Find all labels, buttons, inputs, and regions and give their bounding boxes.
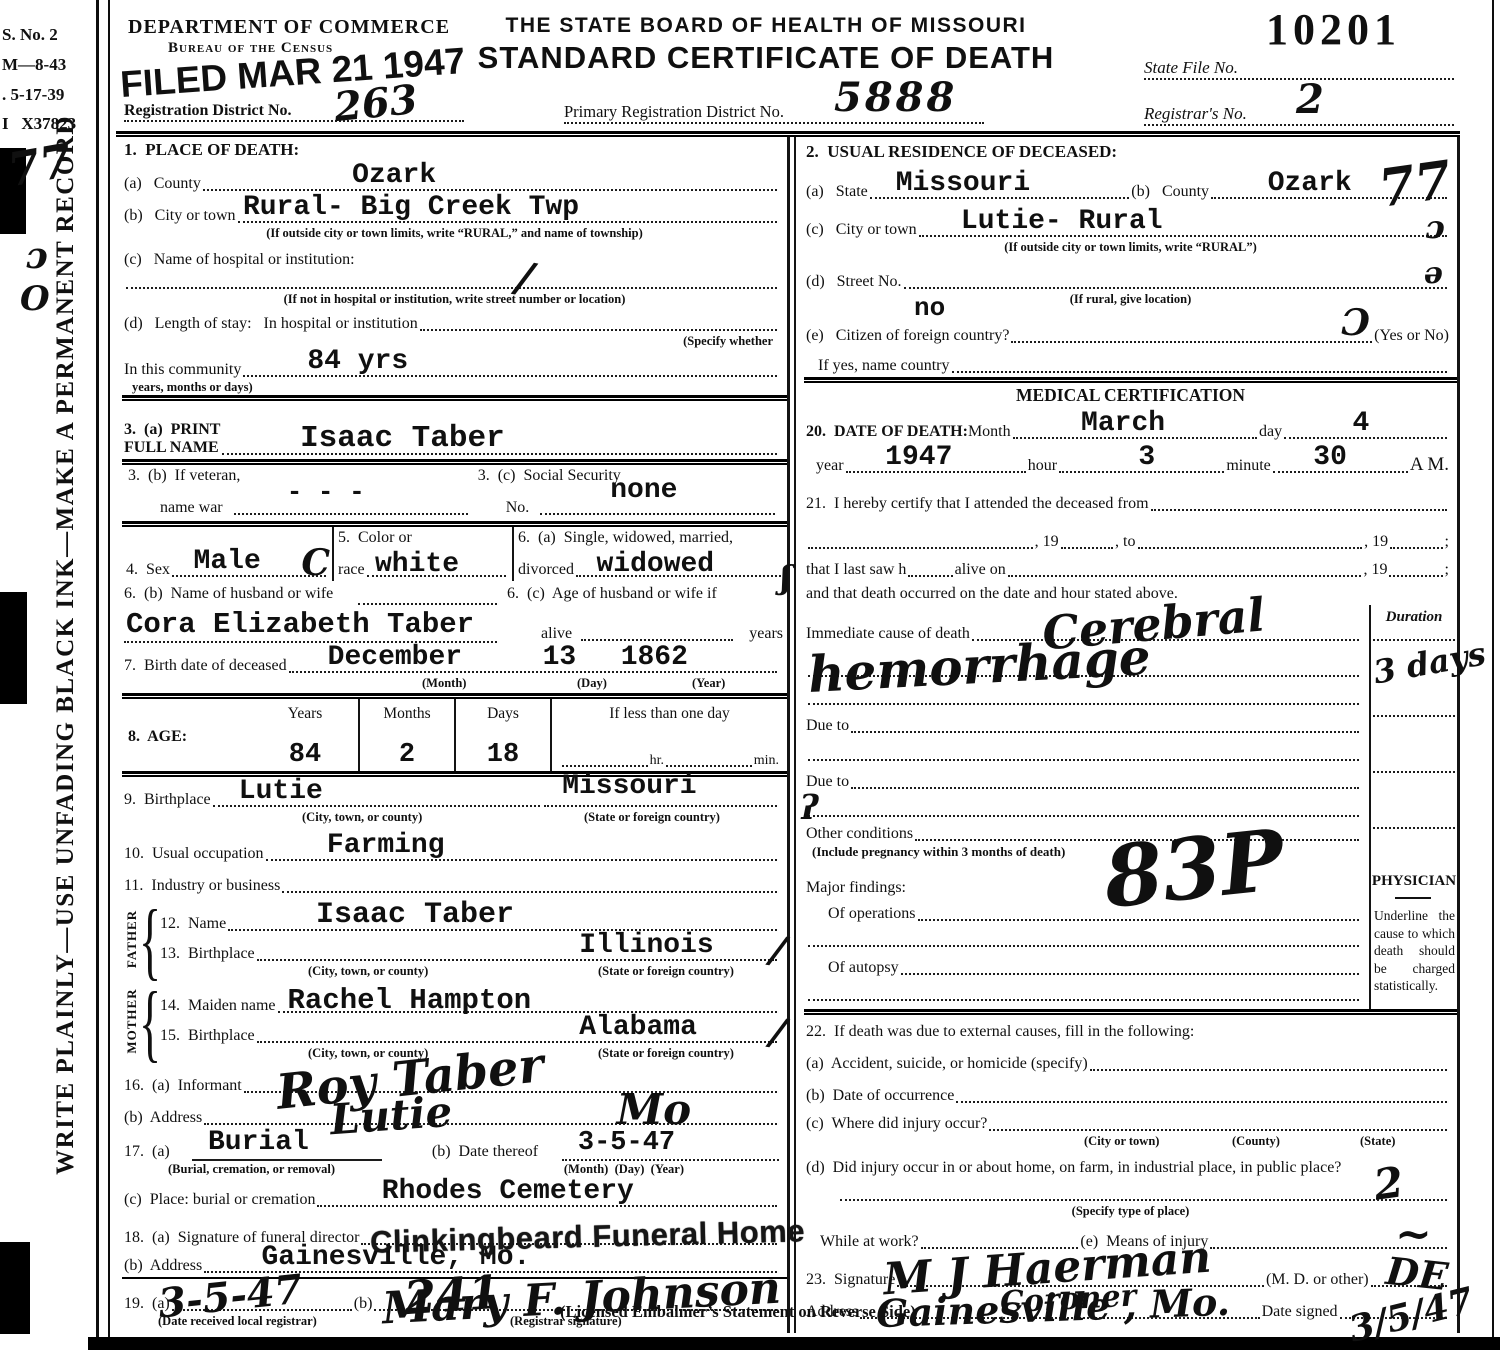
occurrence-date-label: (b) Date of occurrence [806,1087,954,1105]
sex-label: 4. Sex [126,561,170,579]
father-birthplace-mark: ∕ [768,930,788,970]
race-value: white [375,551,459,579]
occupation-line: Farming [266,827,777,863]
marital-line: widowed ʃ [576,557,781,579]
marital-handwritten-mark: ʃ [780,561,791,593]
birthplace-state-value: Missouri [562,773,696,801]
cause-line2: hemorrhage [808,645,1359,679]
section-external-causes: 22. If death was due to external causes,… [804,1015,1457,1253]
due-to-1-line2 [808,737,1359,763]
race-line: white [367,557,506,579]
age-days-cell: Days 18 [456,699,552,771]
spouse-age-years-note: years [749,625,783,643]
burial-date-line [562,1159,779,1161]
street-no-line: ə [904,259,1447,291]
column-right: 2. USUAL RESIDENCE OF DECEASED: (a) Stat… [794,137,1460,1333]
birthplace-notes: (City, town, or county) (State or foreig… [122,811,787,827]
duration-header: Duration [1371,609,1457,626]
name-war-label: name war [160,499,223,517]
other-conditions-label: Other conditions [806,825,913,843]
ssn-label: 3. (c) Social Security [478,467,621,485]
birthplace-value: Lutie [239,778,323,806]
mother-name-label: 14. Maiden name [160,997,276,1015]
am-pm-label: A M. [1410,454,1449,475]
marital-label-top: 6. (a) Single, widowed, married, [518,529,733,547]
residence-city-value: Lutie- Rural [961,208,1163,236]
age-label: 8. AGE: [128,728,250,746]
father-birthplace-notes: (City, town, or county) (State or foreig… [158,965,787,981]
scan-artifact-block [0,1242,30,1334]
month-note: (Month) [422,677,466,691]
death-hour-line: 3 [1059,443,1224,475]
due-to-1-row: Due to [804,709,1369,737]
father-birthplace-line: Illinois ∕ [257,935,777,963]
margin-handwritten-mark: ɔ [26,238,48,274]
citizen-value: no [914,295,945,321]
death-year-value: 1947 [885,444,952,472]
form-code-line: . 5-17-39 [2,80,76,110]
father-rows: 12. Name Isaac Taber 13. Birthplace Illi… [158,897,787,981]
injury-where-line [989,1107,1447,1133]
injury-place-note: (Specify type of place) [804,1205,1457,1223]
age-label-cell: 8. AGE: [122,699,252,771]
full-name-label: FULL NAME [124,439,220,457]
burial-date-label: (b) Date thereof [432,1143,538,1161]
scan-edge-rule [1492,0,1494,1350]
autopsy-line2-row [804,979,1369,1005]
residence-county-mark: 77 [1375,154,1454,216]
community-line: 84 yrs [243,351,777,379]
full-name-value: Isaac Taber [300,423,505,454]
injury-state-note: (State) [1360,1135,1395,1149]
residence-city-mark: ɔ [1426,211,1445,243]
father-name-line: Isaac Taber [228,897,777,933]
residence-county-label: (b) County [1131,183,1209,201]
burial-date-cell: (b) Date thereof 3-5-47 (Month) (Day) (Y… [428,1129,787,1177]
margin-rule [108,0,110,1350]
major-findings-label: Major findings: [806,879,906,897]
burial-line [192,1159,382,1161]
operations-line2-row [804,925,1369,951]
margin-handwritten-mark: O [20,282,50,316]
alive-on-text: alive on [955,561,1006,579]
scan-artifact-block [0,592,27,704]
community-note: years, months or days) [122,381,787,395]
burial-date-note: (Month) (Day) (Year) [564,1163,684,1177]
burial-date-value: 3-5-47 [578,1130,675,1157]
sidebar-line [1373,827,1455,829]
death-minute-value: 30 [1313,444,1347,472]
father-bp-note2: (State or foreign country) [598,965,734,979]
scan-bottom-bar [88,1337,1500,1350]
death-minute-line: 30 [1273,443,1408,475]
year-label: year [806,457,844,475]
section-funeral-director: 18. (a) Signature of funeral director Cl… [122,1211,787,1249]
death-certificate-scan: S. No. 2 M—8-43 . 5-17-39 I X37823 77 ɔ … [0,0,1500,1350]
section-father-birthplace: 13. Birthplace Illinois ∕ [158,935,787,965]
burial-place-value: Rhodes Cemetery [382,1178,634,1206]
last-saw-d1 [908,553,952,579]
birth-year-value: 1862 [621,644,688,672]
date-signed-line: 3/5/47 [1340,1291,1447,1321]
marital-label: divorced [518,561,574,579]
section-spouse: 6. (b) Name of husband or wife Cora Eliz… [122,581,787,647]
sidebar-line [1373,771,1455,773]
specify-whether-note: (Specify whether [122,335,787,351]
hospital-note: (If not in hospital or institution, writ… [122,293,787,309]
spouse-age-line [581,639,733,641]
physician-rule [1395,897,1431,899]
death-year-line: 1947 [846,443,1026,475]
due-to-1-label: Due to [806,717,849,735]
operations-line2 [808,925,1359,949]
hr-label: hr. [650,753,664,769]
injury-place-label: (d) Did injury occur in or about home, o… [806,1159,1341,1177]
section-residence: 2. USUAL RESIDENCE OF DECEASED: (a) Stat… [804,137,1457,377]
certify-sc: ; [1445,533,1449,551]
informant-line: Roy Taber [244,1061,777,1095]
hospital-space [357,243,777,269]
burial-place-label: (c) Place: burial or cremation [124,1191,315,1209]
form-code-line: S. No. 2 [2,20,76,50]
age-months-cell: Months 2 [360,699,456,771]
section1-title: 1. PLACE OF DEATH: [124,140,299,159]
occurrence-date-line [956,1075,1447,1105]
hospital-label: (c) Name of hospital or institution: [124,251,355,269]
embalmer-statement-note: (Licensed Embalmer’s Statement on Revers… [560,1302,916,1322]
father-label-text: FATHER [124,910,140,968]
accident-label: (a) Accident, suicide, or homicide (spec… [806,1055,1088,1073]
operations-label: Of operations [806,905,916,923]
mother-birthplace-mark: ∕ [768,1012,788,1052]
father-bp-note1: (City, town, or county) [308,965,428,979]
residence-county-line: Ozark 77 [1211,163,1447,201]
date-of-death-label: 20. DATE OF DEATH: [806,423,968,441]
section-birthplace: 9. Birthplace Lutie Missouri [122,777,787,811]
city-line: Rural- Big Creek Twp [238,195,777,225]
ssn-value: none [610,477,677,505]
column-left: 1. PLACE OF DEATH: (a) County Ozark (b) … [116,137,790,1333]
signature-label: 23. Signature [806,1271,895,1289]
section-age: 8. AGE: Years 84 Months 2 Days 18 [122,699,787,771]
father-name-value: Isaac Taber [316,900,514,930]
certify-line2: , 19 , to , 19 ; [804,515,1457,553]
duration-value: 3 days [1371,637,1488,688]
ssn-line [540,513,775,515]
street-no-mark: ə [1424,259,1443,289]
registrar-sig-label: (b) [354,1295,373,1313]
mother-bp-note2: (State or foreign country) [598,1047,734,1061]
day-note: (Day) [577,677,607,691]
years-value: 84 [254,742,356,769]
death-month-line: March [1013,407,1257,441]
citizen-mark: Ɔ [1342,305,1371,341]
due-to-2-row: Due to [804,765,1369,793]
other-conditions-row: Other conditions [804,821,1369,845]
name-country-line [952,347,1447,375]
section-burial: 17. (a) Burial (Burial, cremation, or re… [122,1129,787,1177]
registrar-number-value: 2 [1296,80,1324,120]
cause-line2-row: hemorrhage [804,645,1369,681]
informant-address-label: (b) Address [124,1109,202,1127]
external-title: 22. If death was due to external causes,… [806,1023,1194,1041]
section-date-of-death: 20. DATE OF DEATH: Month March day 4 [804,407,1457,443]
physician-note: Underline the cause to which death shoul… [1374,907,1455,995]
min-line [666,751,752,769]
certify-19b: , 19 [1364,533,1388,551]
due-to-1-line [851,709,1359,735]
residence-county-value: Ozark [1268,170,1352,198]
section-birth-date: 7. Birth date of deceased December 13 18… [122,647,787,677]
father-birthplace-value: Illinois [579,932,713,960]
cause-main: Immediate cause of death Cerebral hemorr… [804,605,1369,1009]
means-of-injury-line: ~ [1210,1223,1447,1251]
form-code-line: M—8-43 [2,50,76,80]
community-value: 84 yrs [307,348,408,376]
father-birthplace-label: 13. Birthplace [160,945,255,963]
certify-line2-d2 [1061,515,1113,551]
pregnancy-note: (Include pregnancy within 3 months of de… [812,845,1065,859]
spouse-line-top [358,603,497,605]
citizen-line: Ɔ [1011,311,1372,345]
birthplace-note2: (State or foreign country) [584,811,720,825]
days-header: Days [458,705,548,723]
death-hour-value: 3 [1138,444,1155,472]
section-place-of-death: 1. PLACE OF DEATH: (a) County Ozark (b) … [122,137,787,395]
spouse-age-cell: 6. (c) Age of husband or wife if alive y… [501,581,787,647]
months-value: 2 [362,742,452,769]
certify-sc2: ; [1445,561,1449,579]
burial-label: 17. (a) [124,1143,170,1161]
registration-district-value: 263 [332,80,419,129]
residence-state-label: (a) State [806,183,868,201]
name-war-line [234,513,468,515]
street-no-label: (d) Street No. [806,273,902,291]
birthplace-state-line: Missouri [544,777,777,809]
received-line: 3-5-47 [172,1279,352,1313]
burial-value: Burial [208,1129,309,1157]
medical-certification-title: MEDICAL CERTIFICATION [804,383,1457,407]
marital-value: widowed [596,551,714,579]
length-of-stay-label: (d) Length of stay: In hospital or insti… [124,315,418,333]
certify-line2-d3 [1138,515,1363,551]
section-burial-place: (c) Place: burial or cremation Rhodes Ce… [122,1177,787,1211]
while-at-work-label: While at work? [806,1233,919,1251]
section-sex-race-marital: 4. Sex Male C 5. Color or race white [122,527,787,581]
residence-city-note: (If outside city or town limits, write “… [804,241,1457,259]
autopsy-label: Of autopsy [806,959,899,977]
injury-where-label: (c) Where did injury occur? [806,1115,987,1133]
name-country-label: If yes, name country [806,357,950,375]
form-body: 1. PLACE OF DEATH: (a) County Ozark (b) … [116,137,1460,1333]
informant-address-state: Mo [617,1089,692,1131]
department-title: DEPARTMENT OF COMMERCE [128,16,450,39]
primary-district-value: 5888 [834,78,957,118]
father-name-label: 12. Name [160,915,226,933]
due-to-2-line2-row: ʔ [804,793,1369,821]
certify-from-line [1151,477,1447,513]
due-to-1-line2-row [804,737,1369,765]
burial-place-line: Rhodes Cemetery [317,1177,777,1209]
due-to-2-mark: ʔ [800,791,819,825]
mother-name-line: Rachel Hampton [278,981,777,1015]
mother-name-value: Rachel Hampton [288,986,532,1015]
hospital-line: ∕ [126,271,777,291]
other-conditions-scrawl: 83P [1100,818,1288,920]
injury-county-note: (County) [1232,1135,1280,1149]
mother-birthplace-value: Alabama [579,1014,697,1042]
father-group: FATHER { 12. Name Isaac Taber 13. Birthp… [122,897,787,981]
physician-address-value: Gainesville , Mo. [876,1283,1231,1333]
less-than-day-label: If less than one day [554,705,785,723]
informant-label: 16. (a) Informant [124,1077,242,1095]
length-of-stay-line [420,309,777,333]
certify-19c: , 19 [1363,561,1387,579]
death-day-line: 4 [1284,407,1447,441]
year-note: (Year) [692,677,725,691]
full-name-line: Isaac Taber [222,401,777,457]
marital-cell: 6. (a) Single, widowed, married, divorce… [514,527,787,581]
birthplace-line: Lutie [213,777,540,809]
section-occupation: 10. Usual occupation Farming [122,827,787,865]
birth-day-value: 13 [543,644,577,672]
occupation-value: Farming [327,832,445,860]
certificate-header: DEPARTMENT OF COMMERCE Bureau of the Cen… [116,0,1460,131]
spouse-value: Cora Elizabeth Taber [126,610,474,639]
years-header: Years [254,705,356,723]
physician-header: PHYSICIAN [1371,873,1457,890]
md-line: DE [1371,1253,1447,1289]
spouse-age-label: 6. (c) Age of husband or wife if [507,585,717,603]
autopsy-row: Of autopsy [804,951,1369,979]
injury-place-mark: 2 [1371,1161,1406,1207]
certify-line2-d1 [808,515,1033,551]
due-to-2-line [851,765,1359,791]
funeral-address-label: (b) Address [124,1257,202,1275]
injury-place-line: 2 [840,1179,1447,1203]
section-mother-birthplace: 15. Birthplace Alabama ∕ [158,1017,787,1047]
city-note: (If outside city or town limits, write “… [122,227,787,243]
hour-label: hour [1028,457,1057,475]
autopsy-line [901,951,1359,977]
spouse-age-alive-label: alive [541,625,572,643]
cause-area: Immediate cause of death Cerebral hemorr… [804,605,1457,1009]
certificate-form: DEPARTMENT OF COMMERCE Bureau of the Cen… [116,0,1460,1338]
county-value: Ozark [352,162,436,190]
sex-handwritten-mark: C [301,545,330,581]
margin-instruction-vertical: WRITE PLAINLY—USE UNFADING BLACK INK—MAK… [52,115,80,1175]
death-month-value: March [1081,410,1165,438]
last-saw-d3 [1389,553,1442,579]
certify-line3: that I last saw h alive on , 19 ; [804,553,1457,581]
citizen-label: (e) Citizen of foreign country? [806,327,1009,345]
min-label: min. [754,753,779,769]
burial-note: (Burial, cremation, or removal) [168,1163,335,1177]
residence-city-label: (c) City or town [806,221,917,239]
hr-line [562,751,648,769]
margin-rule [96,0,99,1350]
certify-text: 21. I hereby certify that I attended the… [806,495,1149,513]
death-day-value: 4 [1353,410,1370,438]
section-date-of-death-2: year 1947 hour 3 minute 30 A M. [804,443,1457,477]
age-less-cell: If less than one day hr. min. [552,699,787,771]
physician-address-line: Gainesville , Mo. [860,1291,1259,1321]
certificate-title: STANDARD CERTIFICATE OF DEATH [476,40,1056,76]
md-or-other-label: (M. D. or other) [1266,1271,1369,1289]
city-label: (b) City or town [124,207,236,225]
last-saw-text: that I last saw h [806,561,906,579]
print-label: 3. (a) PRINT [124,421,220,439]
birth-month-value: December [328,644,462,672]
month-label: Month [968,423,1011,441]
section2-title: 2. USUAL RESIDENCE OF DECEASED: [806,142,1117,161]
other-conditions-note-row: (Include pregnancy within 3 months of de… [804,845,1369,879]
veteran-label: 3. (b) If veteran, [128,467,240,485]
race-label-top: 5. Color or [338,529,412,547]
citizen-yes-no-note: (Yes or No) [1374,327,1449,345]
sex-cell: 4. Sex Male C [122,527,334,581]
county-label: (a) County [124,175,201,193]
duration-physician-sidebar: Duration 3 days PHYSICIAN Underline the … [1369,605,1457,1009]
section-full-name: 3. (a) PRINT FULL NAME Isaac Taber [122,401,787,459]
day-label: day [1259,423,1282,441]
accident-line [1090,1043,1447,1073]
minute-label: minute [1226,457,1270,475]
section-veteran-ssn: 3. (b) If veteran, name war - - - 3. (c)… [122,465,787,521]
certify-line2-d4 [1390,515,1442,551]
residence-state-value: Missouri [896,170,1030,198]
veteran-value: - - - [287,479,365,505]
birthplace-label: 9. Birthplace [124,791,211,809]
mother-birthplace-label: 15. Birthplace [160,1027,255,1045]
state-file-number-stamp: 10201 [1266,4,1401,55]
race-cell: 5. Color or race white [334,527,514,581]
days-value: 18 [458,742,548,769]
sidebar-line [1373,715,1455,717]
birthplace-note1: (City, town, or county) [302,811,422,825]
community-label: In this community [124,361,241,379]
city-value: Rural- Big Creek Twp [243,194,579,222]
autopsy-line2 [808,979,1359,1003]
informant-address-value: Lutie [329,1091,454,1141]
spouse-name-cell: 6. (b) Name of husband or wife Cora Eliz… [122,581,501,647]
age-years-cell: Years 84 [252,699,360,771]
last-saw-d2 [1008,553,1362,579]
birth-date-notes: (Month) (Day) (Year) [122,677,787,693]
months-header: Months [362,705,452,723]
spouse-label: 6. (b) Name of husband or wife [124,585,333,603]
sex-value: Male [194,548,261,576]
ssn-no-label: No. [506,499,530,517]
injury-where-notes: (City or town) (County) (State) [804,1135,1457,1153]
residence-state-line: Missouri [870,163,1130,201]
birth-date-label: 7. Birth date of deceased [124,657,287,675]
birth-date-line: December 13 1862 [289,647,777,675]
race-label: race [338,561,365,579]
certify-line1: 21. I hereby certify that I attended the… [804,477,1457,515]
footer-handwritten-number: 241 [403,1269,502,1322]
county-line: Ozark [203,161,777,193]
certify-to: , to [1115,533,1135,551]
industry-line [282,865,777,895]
mother-label-text: MOTHER [124,988,140,1053]
certify-19a: , 19 [1035,533,1059,551]
date-signed-label: Date signed [1262,1303,1338,1321]
injury-city-note: (City or town) [1084,1135,1159,1149]
residence-city-line: Lutie- Rural ɔ [919,203,1447,239]
board-title: THE STATE BOARD OF HEALTH OF MISSOURI [476,14,1056,38]
section-industry: 11. Industry or business [122,865,787,897]
